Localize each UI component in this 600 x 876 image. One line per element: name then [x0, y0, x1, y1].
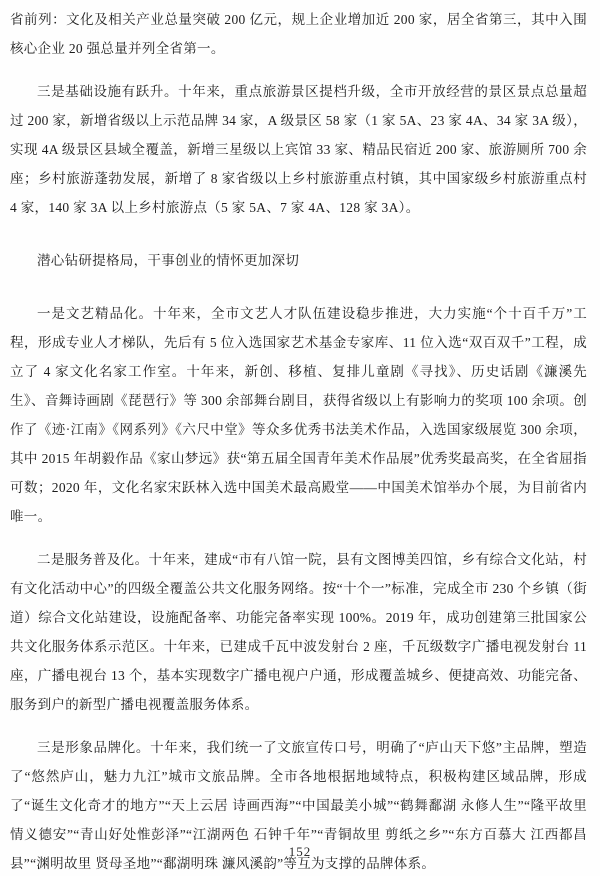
body-paragraph-continuation: 省前列：文化及相关产业总量突破 200 亿元，规上企业增加近 200 家，居全省… — [10, 5, 587, 63]
section-heading: 潜心钻研提格局，干事创业的情怀更加深切 — [10, 246, 587, 275]
page-number: 152 — [289, 844, 312, 859]
document-page: 省前列：文化及相关产业总量突破 200 亿元，规上企业增加近 200 家，居全省… — [0, 0, 600, 876]
body-paragraph-infrastructure: 三是基础设施有跃升。十年来，重点旅游景区提档升级，全市开放经营的景区景点总量超过… — [10, 77, 587, 222]
page-footer: 152 — [0, 837, 600, 866]
body-paragraph-fine-arts: 一是文艺精品化。十年来，全市文艺人才队伍建设稳步推进，大力实施“个十百千万”工程… — [10, 299, 587, 531]
body-paragraph-public-services: 二是服务普及化。十年来，建成“市有八馆一院，县有文图博美四馆，乡有综合文化站，村… — [10, 545, 587, 719]
